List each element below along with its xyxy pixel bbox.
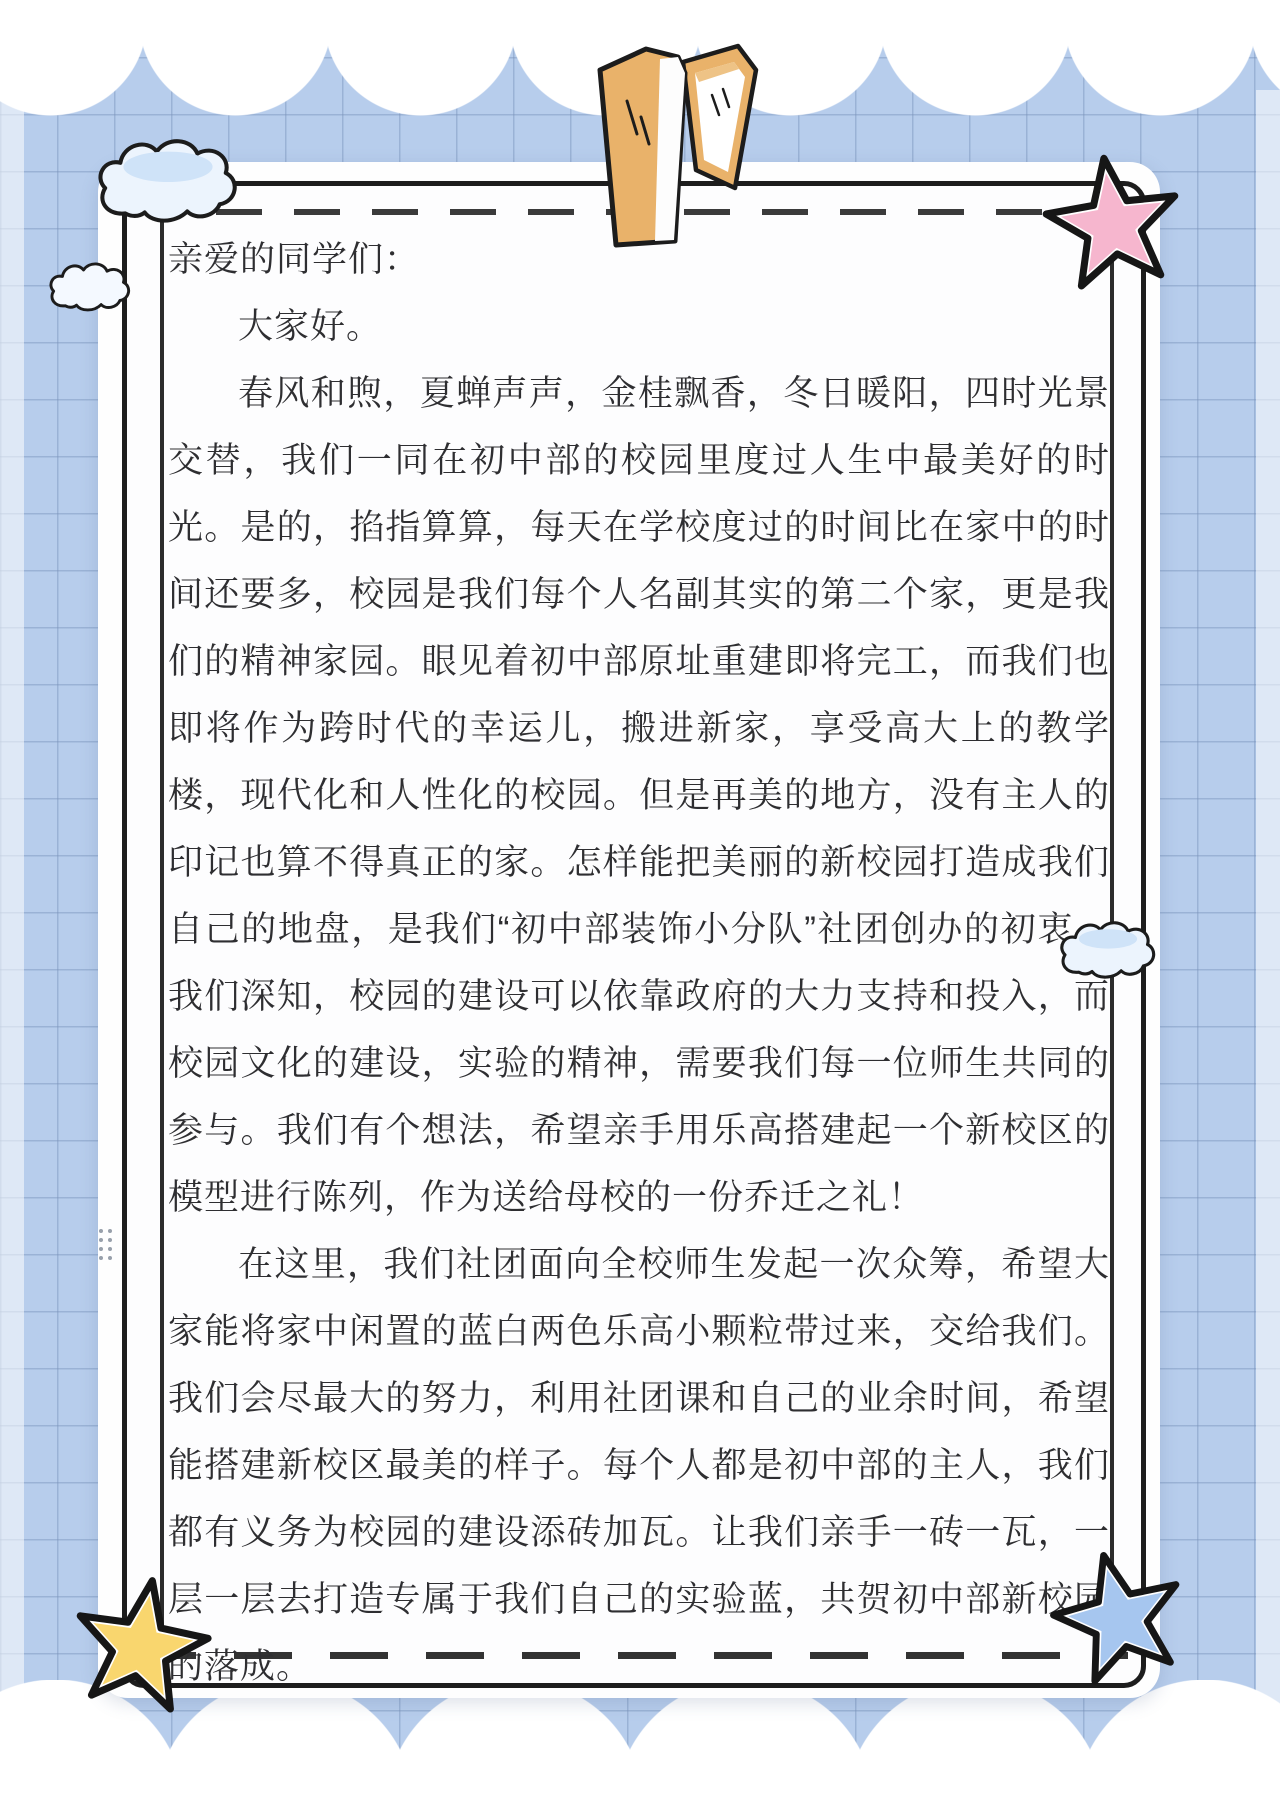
grip-dots-icon bbox=[99, 1229, 112, 1260]
clothespin-icon bbox=[588, 38, 766, 252]
cloud-top-left-icon bbox=[92, 128, 244, 234]
cloud-right-icon bbox=[1056, 903, 1160, 997]
star-yellow-icon bbox=[59, 1563, 224, 1728]
cloud-left-small-icon bbox=[46, 256, 134, 318]
inner-line-left bbox=[160, 213, 164, 1656]
left-edge-highlight bbox=[0, 90, 24, 1710]
letter-paragraph: 在这里，我们社团面向全校师生发起一次众筹，希望大家能将家中闲置的蓝白两色乐高小颗… bbox=[168, 1231, 1110, 1700]
right-edge-highlight bbox=[1256, 90, 1280, 1710]
letter-body: 亲爱的同学们： 大家好。 春风和煦，夏蝉声声，金桂飘香，冬日暖阳，四时光景交替，… bbox=[168, 226, 1110, 1700]
letter-paragraph: 大家好。 bbox=[168, 293, 1110, 360]
letter-paragraph: 春风和煦，夏蝉声声，金桂飘香，冬日暖阳，四时光景交替，我们一同在初中部的校园里度… bbox=[168, 360, 1110, 1231]
star-pink-icon bbox=[1033, 143, 1193, 303]
